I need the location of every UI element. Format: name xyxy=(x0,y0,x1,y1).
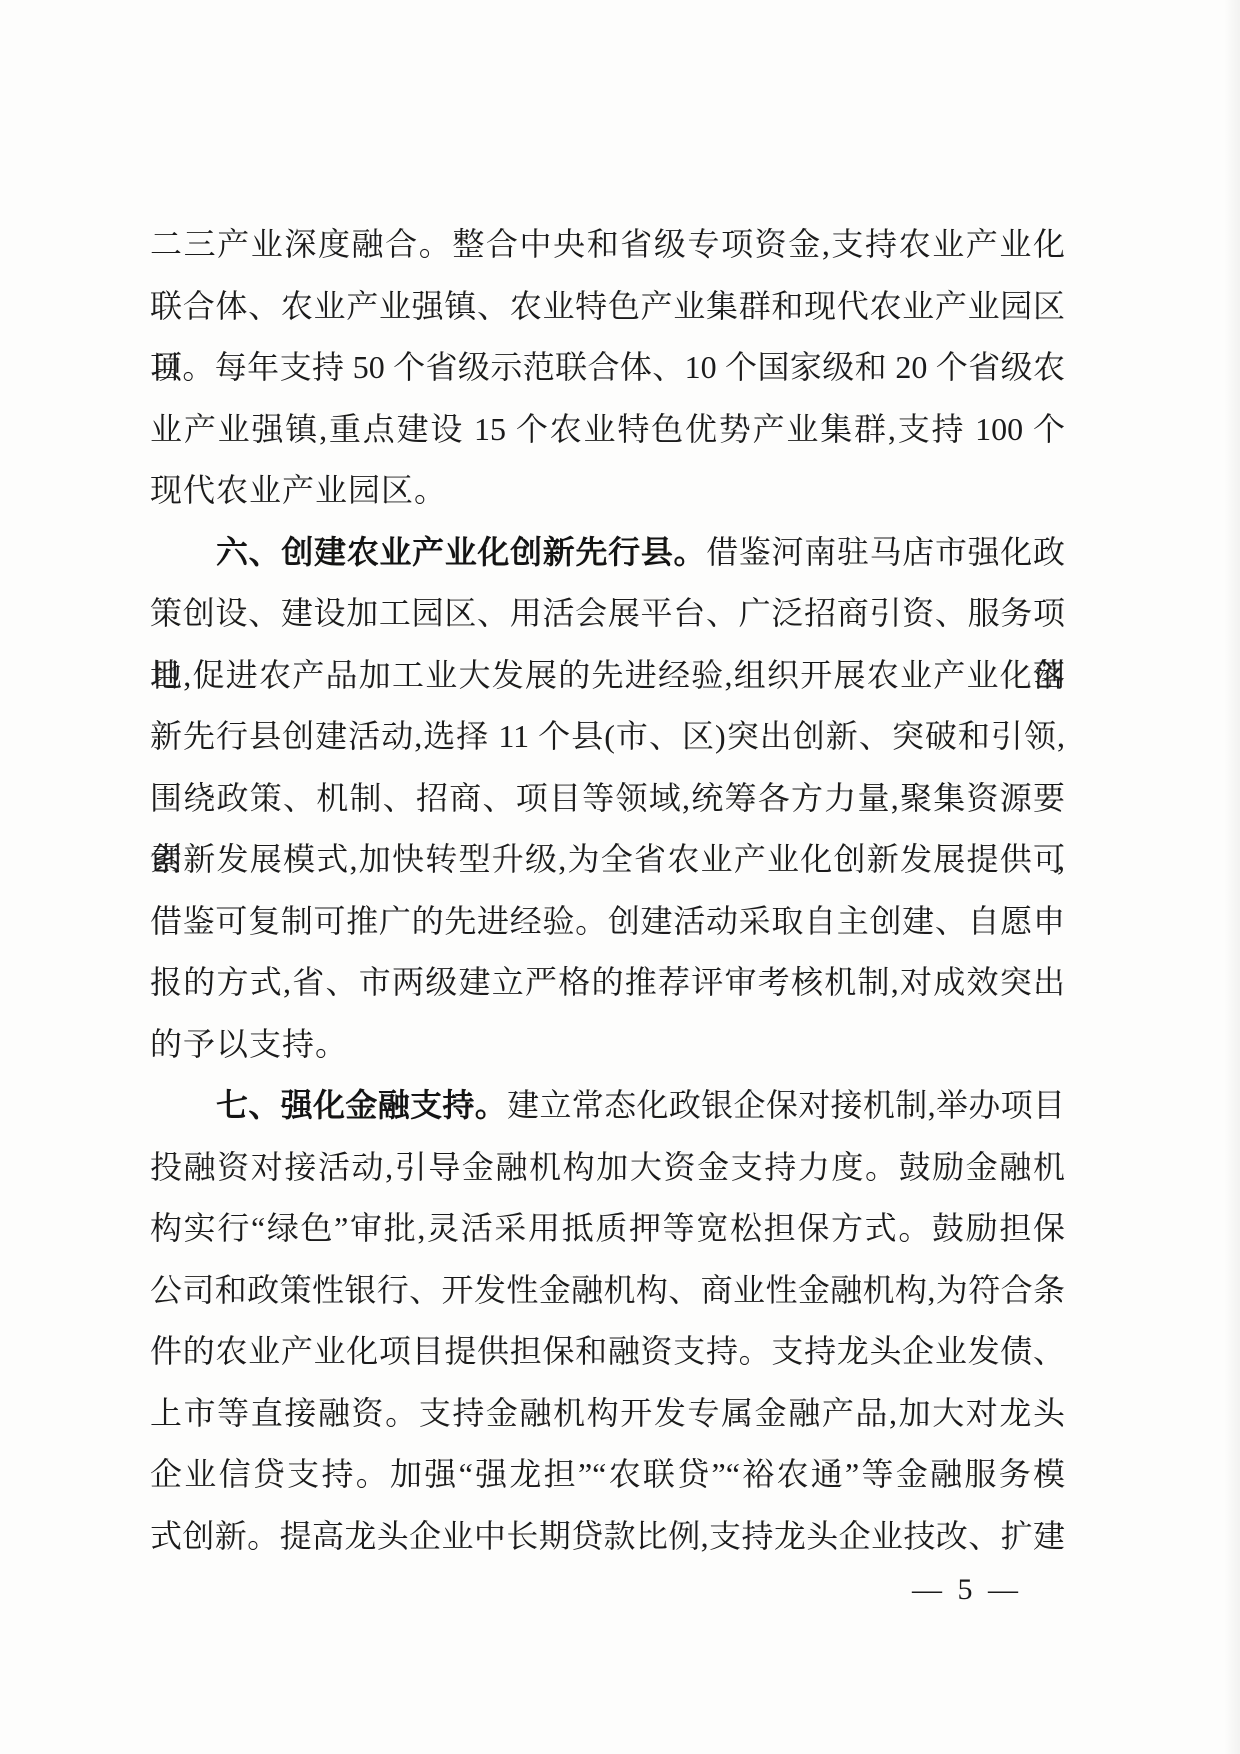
text-line: 围绕政策、机制、招商、项目等领域,统筹各方力量,聚集资源要素, xyxy=(150,768,1065,830)
text-line: 目。每年支持 50 个省级示范联合体、10 个国家级和 20 个省级农 xyxy=(150,337,1065,399)
text-line: 借鉴可复制可推广的先进经验。创建活动采取自主创建、自愿申 xyxy=(150,891,1065,953)
text-line: 创新发展模式,加快转型升级,为全省农业产业化创新发展提供可 xyxy=(150,829,1065,891)
scan-edge-shadow xyxy=(1224,0,1240,1754)
text-run: 建立常态化政银企保对接机制,举办项目 xyxy=(507,1087,1065,1123)
text-line: 二三产业深度融合。整合中央和省级专项资金,支持农业产业化 xyxy=(150,214,1065,276)
text-line: 投融资对接活动,引导金融机构加大资金支持力度。鼓励金融机 xyxy=(150,1137,1065,1199)
text-line: 联合体、农业产业强镇、农业特色产业集群和现代农业产业园区项 xyxy=(150,276,1065,338)
text-line: 业产业强镇,重点建设 15 个农业特色优势产业集群,支持 100 个 xyxy=(150,399,1065,461)
text-line: 策创设、建设加工园区、用活会展平台、广泛招商引资、服务项目落 xyxy=(150,583,1065,645)
text-run: 借鉴河南驻马店市强化政 xyxy=(706,534,1065,570)
text-line: 式创新。提高龙头企业中长期贷款比例,支持龙头企业技改、扩建 xyxy=(150,1506,1065,1568)
text-line: 构实行“绿色”审批,灵活采用抵质押等宽松担保方式。鼓励担保 xyxy=(150,1198,1065,1260)
page-number: — 5 — xyxy=(912,1572,1022,1608)
text-line-section-seven: 七、强化金融支持。建立常态化政银企保对接机制,举办项目 xyxy=(150,1075,1065,1137)
text-line: 报的方式,省、市两级建立严格的推荐评审考核机制,对成效突出 xyxy=(150,952,1065,1014)
text-line: 地,促进农产品加工业大发展的先进经验,组织开展农业产业化创 xyxy=(150,645,1065,707)
text-line: 上市等直接融资。支持金融机构开发专属金融产品,加大对龙头 xyxy=(150,1383,1065,1445)
text-line-paragraph-end: 现代农业产业园区。 xyxy=(150,460,1065,522)
text-line: 件的农业产业化项目提供担保和融资支持。支持龙头企业发债、 xyxy=(150,1321,1065,1383)
text-line: 公司和政策性银行、开发性金融机构、商业性金融机构,为符合条 xyxy=(150,1260,1065,1322)
text-line-section-six: 六、创建农业产业化创新先行县。借鉴河南驻马店市强化政 xyxy=(150,522,1065,584)
section-seven-heading: 七、强化金融支持。 xyxy=(216,1087,507,1123)
section-six-heading: 六、创建农业产业化创新先行县。 xyxy=(216,534,706,570)
document-text-column: 二三产业深度融合。整合中央和省级专项资金,支持农业产业化 联合体、农业产业强镇、… xyxy=(150,214,1065,1567)
text-line: 企业信贷支持。加强“强龙担”“农联贷”“裕农通”等金融服务模 xyxy=(150,1444,1065,1506)
text-line-paragraph-end: 的予以支持。 xyxy=(150,1014,1065,1076)
text-line: 新先行县创建活动,选择 11 个县(市、区)突出创新、突破和引领, xyxy=(150,706,1065,768)
